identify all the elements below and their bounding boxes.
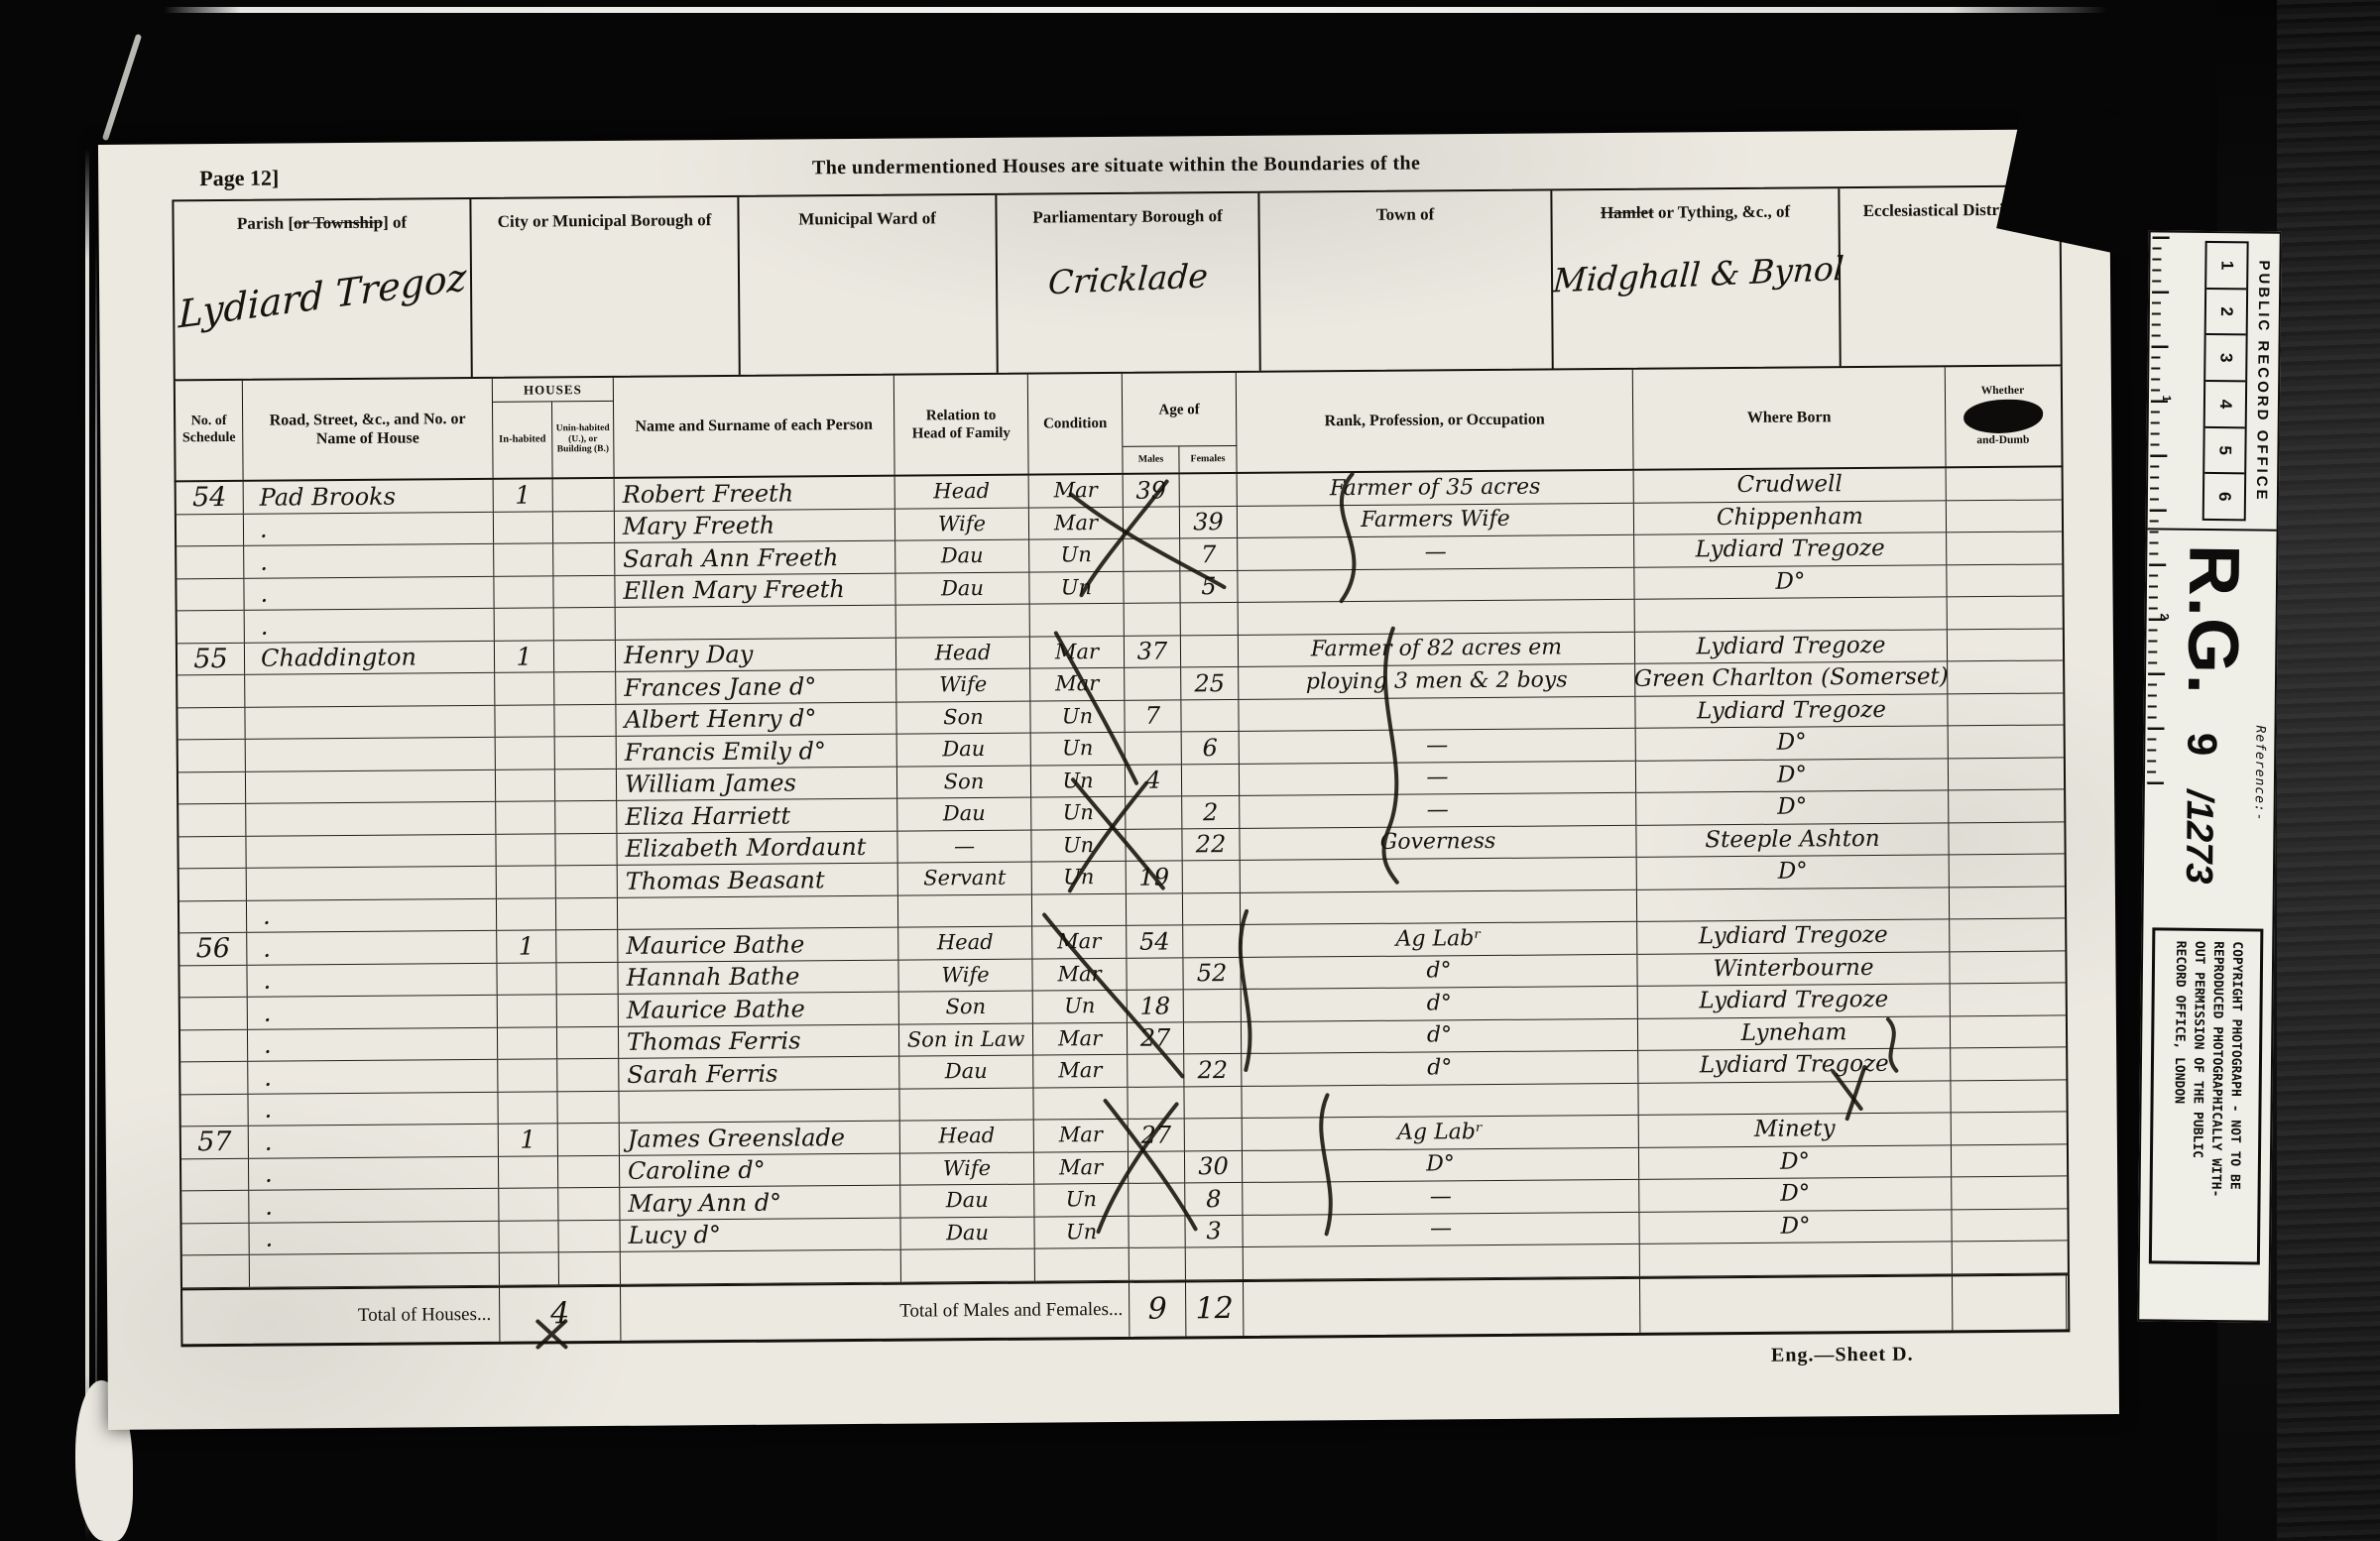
cell-inhabited <box>497 898 556 930</box>
cell-name: Maurice Bathe <box>618 928 898 962</box>
cell-inhabited: 1 <box>499 1124 558 1155</box>
header-inhabited: In-habited <box>493 402 553 477</box>
cell-occupation: — <box>1243 1180 1639 1215</box>
cell-whether <box>1947 532 2061 563</box>
cell-relation: Dau <box>900 1185 1034 1218</box>
cell-relation: Head <box>898 927 1032 960</box>
cell-occupation: Farmers Wife <box>1238 503 1634 537</box>
cell-occupation: — <box>1238 535 1634 570</box>
cell-schedule: 55 <box>178 643 245 674</box>
cell-occupation: — <box>1240 793 1636 828</box>
copyright-box: COPYRIGHT PHOTOGRAPH - NOT TO BEREPRODUC… <box>2149 927 2264 1264</box>
cell-name: Francis Emily d° <box>617 735 897 769</box>
cell-whether <box>1949 822 2063 854</box>
cell-relation: Dau <box>897 798 1031 831</box>
cell-relation: Head <box>896 637 1030 669</box>
cell-road: . <box>245 609 495 642</box>
cell-condition: Mar <box>1032 958 1127 990</box>
cell-name: Frances Jane d° <box>616 670 896 704</box>
district-label: Town of <box>1259 202 1550 226</box>
cell-occupation <box>1241 858 1637 892</box>
district-value <box>740 256 996 267</box>
cell-name <box>616 606 896 640</box>
cell-whether <box>1950 918 2064 950</box>
cell-condition: Un <box>1031 829 1126 861</box>
cell-inhabited: 1 <box>497 930 556 962</box>
film-edge-line <box>164 7 2107 13</box>
header-road: Road, Street, &c., and No. or Name of Ho… <box>243 379 494 480</box>
cell-age-female: 22 <box>1184 1054 1242 1086</box>
cell-uninhabited <box>553 511 615 542</box>
cell-schedule <box>181 1191 249 1223</box>
cell-schedule <box>180 1094 248 1126</box>
cell-where-born <box>1640 1242 1953 1275</box>
copyright-line: OUT PERMISSION OF THE PUBLIC <box>2186 941 2207 1251</box>
cell-inhabited <box>496 801 555 833</box>
cell-name: William James <box>617 767 897 800</box>
district-box: Hamlet or Tything, &c., of Midghall & By… <box>1552 188 1841 368</box>
cell-age-female: 7 <box>1180 538 1238 570</box>
cell-age-female <box>1181 635 1239 666</box>
cell-where-born: D° <box>1634 565 1947 599</box>
cell-age-female: 52 <box>1183 957 1241 989</box>
total-houses-value: 4 <box>500 1286 621 1341</box>
cell-occupation: D° <box>1243 1147 1639 1182</box>
cell-condition: Mar <box>1029 475 1124 507</box>
cell-schedule <box>178 611 245 643</box>
cell-age-male: 54 <box>1127 925 1183 957</box>
cell-uninhabited <box>557 1091 619 1123</box>
cell-where-born: Lydiard Tregoze <box>1634 533 1947 566</box>
cell-age-male: 27 <box>1129 1119 1185 1150</box>
cell-inhabited <box>498 1092 557 1124</box>
cell-occupation <box>1239 600 1635 635</box>
cell-condition: Mar <box>1034 1120 1129 1151</box>
ruler-cell: 5 <box>2204 428 2244 475</box>
district-label: Parliamentary Borough of <box>997 205 1257 229</box>
cell-where-born: Crudwell <box>1634 468 1947 502</box>
header-age-group: Age of <box>1123 373 1238 447</box>
cell-schedule <box>177 514 244 545</box>
cell-whether <box>1952 1209 2066 1241</box>
cell-schedule <box>177 578 244 610</box>
cell-uninhabited <box>558 1155 620 1187</box>
copyright-line: COPYRIGHT PHOTOGRAPH - NOT TO BE <box>2223 941 2245 1251</box>
header-uninhabited: Unin-habited (U.), or Building (B.) <box>552 402 615 477</box>
cell-relation <box>896 605 1030 638</box>
header-schedule: No. of Schedule <box>176 381 244 481</box>
cell-relation: Dau <box>895 540 1029 573</box>
cell-age-female <box>1183 861 1241 892</box>
cell-road <box>247 867 497 899</box>
cell-whether <box>1950 854 2064 886</box>
pro-reference-slip: PUBLIC RECORD OFFICE 123456 1 2 Referenc… <box>2137 230 2282 1322</box>
film-scratch <box>102 34 142 141</box>
cell-road: . <box>247 931 497 964</box>
cell-where-born: D° <box>1637 855 1950 889</box>
cell-name: Sarah Ferris <box>619 1057 899 1091</box>
cell-condition: Un <box>1034 1184 1129 1216</box>
cell-schedule <box>179 900 247 932</box>
ruler-cell: 2 <box>2206 290 2246 336</box>
cell-occupation <box>1239 696 1635 731</box>
column-headers: No. of Schedule Road, Street, &c., and N… <box>174 366 2064 482</box>
header-name: Name and Surname of each Person <box>614 376 895 477</box>
cell-age-female: 2 <box>1182 796 1240 828</box>
cell-condition <box>1030 604 1125 636</box>
cell-age-female <box>1184 990 1242 1021</box>
total-males-value: 9 <box>1130 1282 1186 1336</box>
cell-where-born: D° <box>1636 726 1949 760</box>
cell-age-male <box>1125 667 1181 699</box>
cell-inhabited <box>497 963 556 995</box>
cell-occupation: — <box>1243 1212 1639 1246</box>
cell-relation: Wife <box>898 959 1032 992</box>
cell-where-born <box>1638 1081 1951 1115</box>
cell-inhabited <box>495 672 554 704</box>
cell-road: Chaddington <box>245 641 495 673</box>
cell-name: Mary Freeth <box>615 509 895 542</box>
cell-relation: Dau <box>899 1056 1033 1089</box>
cell-whether <box>1949 758 2063 789</box>
cell-condition: Un <box>1032 862 1127 893</box>
district-value <box>1841 249 2059 258</box>
cell-name: Thomas Ferris <box>619 1024 899 1058</box>
cell-whether <box>1951 1047 2065 1079</box>
cell-relation: Dau <box>900 1217 1034 1249</box>
cell-age-male <box>1129 1183 1185 1215</box>
cell-schedule <box>179 869 247 900</box>
cell-uninhabited <box>558 1220 620 1251</box>
header-where-born: Where Born <box>1633 367 1947 468</box>
table-body: 54 Pad Brooks 1 Robert Freeth Head Mar 3… <box>175 467 2070 1287</box>
header-condition: Condition <box>1028 374 1124 474</box>
cell-name: Henry Day <box>616 638 896 671</box>
cell-inhabited: 1 <box>494 479 553 511</box>
cell-relation <box>899 1088 1033 1121</box>
cell-condition: Mar <box>1033 1055 1128 1087</box>
cell-uninhabited <box>555 833 617 865</box>
cell-relation: Son in Law <box>899 1023 1033 1056</box>
page-heading: The undermentioned Houses are situate wi… <box>172 147 2061 184</box>
district-box: Parliamentary Borough of Cricklade <box>997 193 1260 373</box>
ruler-cell: 1 <box>2206 243 2246 290</box>
cell-relation: Servant <box>898 863 1032 895</box>
cell-condition: Un <box>1034 1216 1129 1247</box>
cell-occupation: Farmer of 82 acres em <box>1239 632 1635 666</box>
cell-inhabited <box>498 1059 557 1091</box>
ruler-number: 1 <box>2160 395 2174 402</box>
cell-condition <box>1032 893 1127 925</box>
cell-uninhabited <box>559 1252 621 1284</box>
cell-relation: Wife <box>895 508 1029 540</box>
cell-age-male <box>1126 829 1182 861</box>
cell-relation: — <box>897 830 1031 863</box>
cell-relation: Wife <box>896 669 1030 702</box>
cell-age-female: 25 <box>1181 667 1239 699</box>
cell-condition: Mar <box>1029 507 1124 538</box>
cell-age-female: 22 <box>1182 828 1240 860</box>
cell-whether <box>1948 660 2062 692</box>
cell-road: . <box>244 512 494 544</box>
cell-whether <box>1949 789 2063 821</box>
cell-road: . <box>247 963 497 996</box>
cell-inhabited <box>494 576 553 608</box>
cell-occupation: d° <box>1242 1051 1638 1086</box>
cell-condition: Un <box>1031 733 1126 765</box>
cell-occupation: Ag Labʳ <box>1243 1116 1639 1150</box>
cell-schedule <box>178 707 245 739</box>
cell-name: Thomas Beasant <box>618 864 898 897</box>
cell-condition: Un <box>1031 797 1126 829</box>
totals-spacer <box>1953 1275 2067 1330</box>
archive-reference: R.G.9/1273 <box>2170 544 2255 885</box>
cell-uninhabited <box>557 1059 619 1091</box>
cell-condition: Un <box>1029 539 1124 571</box>
district-box: Parish [or Township] of Lydiard Tregoz <box>174 199 472 379</box>
cell-schedule <box>178 836 246 868</box>
district-value: Cricklade <box>997 254 1259 303</box>
cell-age-female <box>1186 1247 1244 1279</box>
cell-age-female: 5 <box>1180 570 1238 602</box>
cell-name: James Greenslade <box>620 1122 900 1155</box>
cell-occupation: — <box>1240 761 1636 795</box>
cell-inhabited <box>499 1221 558 1252</box>
cell-condition: Mar <box>1033 1022 1128 1054</box>
cell-uninhabited <box>554 640 616 671</box>
cell-whether <box>1947 500 2061 532</box>
district-value: Lydiard Tregoz <box>176 255 469 337</box>
cell-inhabited <box>498 1027 557 1059</box>
cell-inhabited <box>494 543 553 575</box>
district-box: City or Municipal Borough of <box>471 197 740 377</box>
cell-where-born: Lyneham <box>1638 1016 1951 1050</box>
cell-schedule <box>181 1158 249 1190</box>
cell-inhabited <box>495 608 554 640</box>
cell-relation: Son <box>899 992 1033 1024</box>
cell-age-male <box>1128 1054 1184 1086</box>
cell-schedule: 57 <box>181 1126 249 1158</box>
cell-uninhabited <box>553 575 615 607</box>
cell-road: . <box>244 576 494 609</box>
cell-condition: Un <box>1033 991 1128 1022</box>
cell-age-female <box>1181 603 1239 635</box>
cell-occupation: Farmer of 35 acres <box>1238 471 1634 506</box>
cell-age-female <box>1184 1086 1242 1118</box>
cell-inhabited <box>496 737 555 769</box>
cell-relation: Dau <box>895 572 1029 605</box>
cell-whether <box>1951 1015 2065 1047</box>
cell-schedule <box>180 1029 248 1061</box>
cell-schedule <box>179 965 247 997</box>
header-age-females: Females <box>1179 446 1237 472</box>
district-label: Parish [or Township] of <box>174 211 469 235</box>
cell-age-male: 7 <box>1125 700 1181 732</box>
header-whether-disabled: Whether and-Dumb <box>1946 366 2061 466</box>
cell-age-male: 19 <box>1127 861 1183 892</box>
cell-occupation: d° <box>1242 987 1638 1021</box>
cell-name: Caroline d° <box>620 1153 900 1187</box>
cell-age-female: 6 <box>1182 732 1240 764</box>
cell-age-male <box>1124 538 1180 570</box>
cell-occupation: d° <box>1241 954 1637 989</box>
cell-road <box>246 834 496 867</box>
district-label: City or Municipal Borough of <box>471 209 737 233</box>
cell-schedule <box>178 675 245 707</box>
cell-relation <box>901 1249 1035 1282</box>
cell-occupation <box>1238 567 1634 602</box>
cell-age-male <box>1130 1247 1186 1279</box>
cell-whether <box>1952 1112 2066 1143</box>
cell-condition: Mar <box>1030 668 1125 700</box>
cell-relation <box>898 894 1032 927</box>
cell-inhabited <box>496 834 555 866</box>
piece-number: 9 <box>2179 733 2225 757</box>
cell-uninhabited <box>557 995 619 1026</box>
cell-age-male <box>1126 732 1182 764</box>
cell-uninhabited <box>555 769 617 800</box>
microfilm-frame: Page 12] The undermentioned Houses are s… <box>0 0 2380 1541</box>
cell-age-female <box>1183 892 1241 924</box>
cell-inhabited <box>499 1188 558 1220</box>
cell-uninhabited <box>558 1124 620 1155</box>
cell-name: Eliza Harriett <box>617 799 897 833</box>
cell-age-male: 18 <box>1128 990 1184 1021</box>
district-box: Municipal Ward of <box>739 195 998 375</box>
cell-road <box>245 673 495 706</box>
cell-uninhabited <box>554 672 616 704</box>
cell-where-born <box>1635 597 1948 631</box>
cell-whether <box>1947 564 2061 596</box>
cell-relation: Son <box>896 701 1030 734</box>
cell-occupation: ploying 3 men & 2 boys <box>1239 664 1635 699</box>
ruler-inch-cells: 123456 <box>2202 241 2249 521</box>
cell-uninhabited <box>556 897 618 929</box>
cell-where-born: D° <box>1639 1145 1952 1179</box>
cell-age-male <box>1124 507 1180 538</box>
cell-age-male <box>1129 1151 1185 1183</box>
ruler-cell: 6 <box>2204 474 2244 519</box>
cell-where-born: Green Charlton (Somerset) <box>1635 661 1948 695</box>
cell-occupation <box>1244 1245 1640 1279</box>
total-females-value: 12 <box>1186 1281 1244 1335</box>
cell-age-male <box>1124 571 1180 603</box>
district-value <box>472 258 738 269</box>
cell-age-female: 30 <box>1185 1150 1243 1182</box>
cell-condition: Un <box>1030 700 1125 732</box>
sheet-label: Eng.—Sheet D. <box>1771 1343 1914 1366</box>
header-whether-top: Whether <box>1981 385 2025 399</box>
cell-whether <box>1948 629 2062 660</box>
cell-schedule <box>177 546 244 578</box>
cell-age-male <box>1128 1087 1184 1119</box>
cell-uninhabited <box>554 704 616 736</box>
cell-age-male: 4 <box>1126 765 1182 796</box>
cell-road <box>250 1253 500 1286</box>
district-value: Midghall & Bynol <box>1552 249 1840 299</box>
cell-age-male <box>1127 893 1183 925</box>
cell-road: . <box>249 1189 499 1222</box>
cell-age-male: 39 <box>1124 474 1180 506</box>
cell-occupation: d° <box>1242 1018 1638 1053</box>
cell-name <box>619 1089 899 1123</box>
cell-schedule <box>181 1223 249 1254</box>
cell-name: Lucy d° <box>620 1218 900 1251</box>
item-number: /1273 <box>2178 789 2220 885</box>
cell-road: . <box>249 1125 499 1157</box>
cell-condition: Mar <box>1034 1151 1129 1183</box>
cell-occupation: — <box>1240 729 1636 764</box>
cell-inhabited <box>498 995 557 1026</box>
ruler-cell: 4 <box>2205 382 2245 428</box>
district-header-row: Parish [or Township] of Lydiard Tregoz C… <box>172 184 2062 381</box>
cell-age-male <box>1126 796 1182 828</box>
cell-whether <box>1953 1241 2067 1272</box>
cell-name: Robert Freeth <box>615 477 895 511</box>
census-page: Page 12] The undermentioned Houses are s… <box>98 129 2119 1430</box>
cell-condition: Un <box>1029 571 1124 603</box>
cell-age-male: 27 <box>1128 1022 1184 1054</box>
cell-whether <box>1952 1144 2066 1176</box>
header-whether-bottom: and-Dumb <box>1976 434 2029 448</box>
cell-schedule <box>182 1255 250 1287</box>
cell-name <box>618 895 898 929</box>
cell-schedule: 56 <box>179 933 247 965</box>
cell-uninhabited <box>556 930 618 962</box>
cell-name: Mary Ann d° <box>620 1186 900 1220</box>
cell-relation: Son <box>897 766 1031 798</box>
ruler-cell: 3 <box>2205 335 2245 382</box>
cell-road: . <box>249 1156 499 1189</box>
cell-whether <box>1950 951 2064 983</box>
header-occupation: Rank, Profession, or Occupation <box>1237 370 1634 472</box>
cell-uninhabited <box>556 866 618 897</box>
total-houses-label: Total of Houses... <box>182 1287 500 1344</box>
cell-where-born: D° <box>1639 1210 1952 1244</box>
header-houses-group: HOUSES <box>493 378 614 403</box>
cell-road: . <box>248 1060 498 1093</box>
cell-where-born: Lydiard Tregoze <box>1637 919 1950 953</box>
series-code: R.G. <box>2173 544 2254 696</box>
cell-schedule <box>180 1062 248 1094</box>
cell-whether <box>1951 1080 2065 1112</box>
film-scratch-streak <box>85 149 89 1541</box>
cell-uninhabited <box>555 737 617 769</box>
cell-where-born: Lydiard Tregoze <box>1635 630 1948 663</box>
district-box: Town of <box>1259 190 1553 370</box>
cell-occupation: Ag Labʳ <box>1241 922 1637 957</box>
film-scratch-streak <box>95 238 97 1541</box>
cell-condition: Un <box>1031 765 1126 796</box>
totals-spacer <box>1244 1278 1640 1335</box>
cell-name <box>621 1250 901 1284</box>
copyright-line: REPRODUCED PHOTOGRAPHICALLY WITH- <box>2204 941 2226 1251</box>
cell-inhabited <box>499 1156 558 1188</box>
cell-inhabited <box>495 705 554 737</box>
cell-schedule <box>178 771 246 803</box>
cell-age-male <box>1129 1216 1185 1247</box>
cell-occupation <box>1241 889 1637 924</box>
cell-name: Maurice Bathe <box>619 993 899 1026</box>
cell-age-female: 8 <box>1185 1183 1243 1215</box>
cell-road: . <box>248 996 498 1028</box>
cell-age-female: 39 <box>1180 506 1238 537</box>
cell-occupation <box>1242 1083 1638 1118</box>
district-label: Hamlet or Tything, &c., of <box>1552 200 1838 224</box>
cell-uninhabited <box>553 479 615 511</box>
cell-where-born: Steeple Ashton <box>1636 823 1949 857</box>
cell-schedule <box>178 804 246 836</box>
